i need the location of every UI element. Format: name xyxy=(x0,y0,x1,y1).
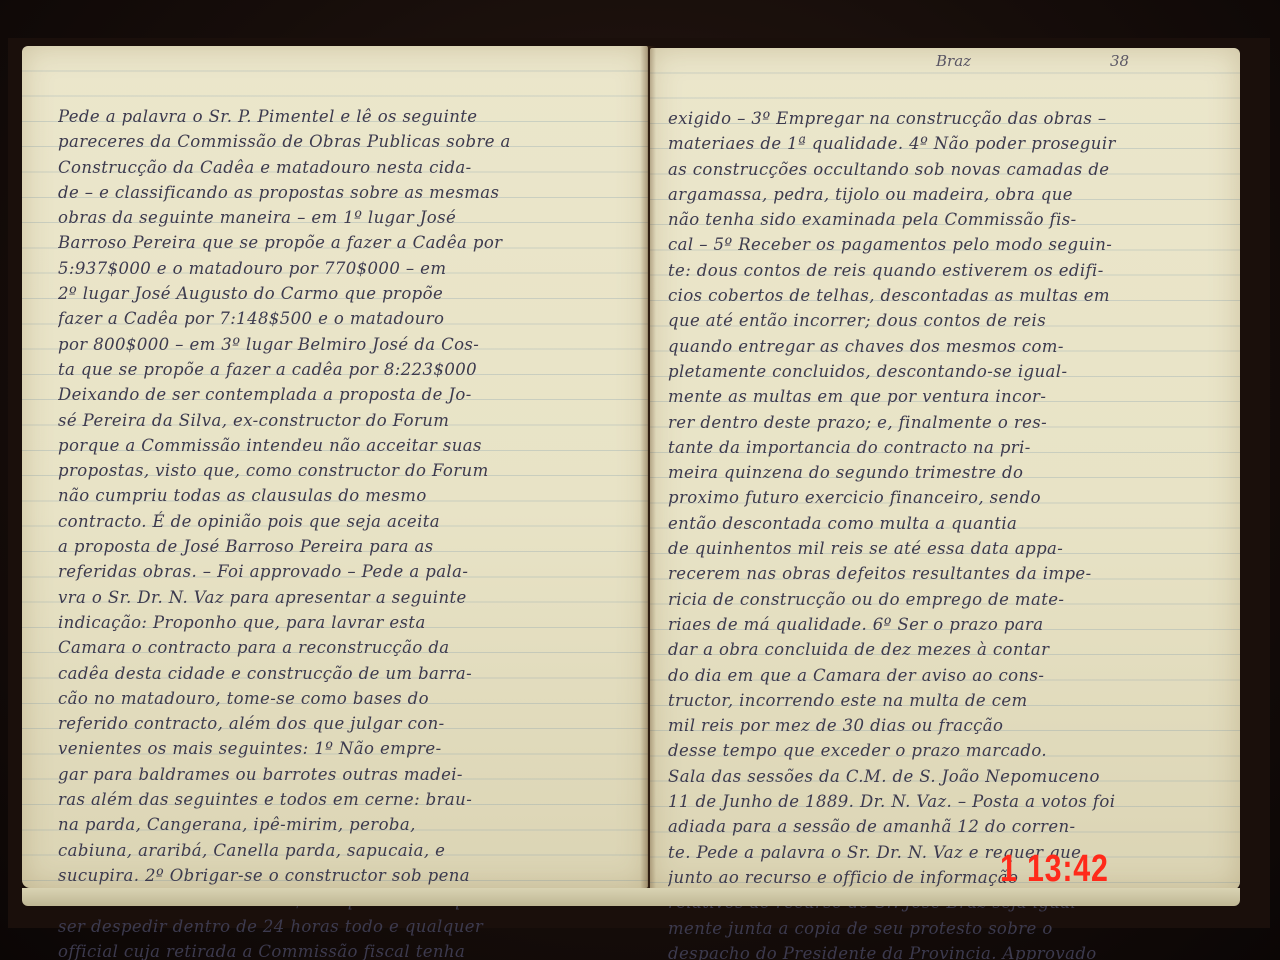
handwritten-line: que até então incorrer; dous contos de r… xyxy=(668,308,1218,333)
handwritten-line: não cumpriu todas as clausulas do mesmo xyxy=(58,483,632,508)
handwritten-line: ras além das seguintes e todos em cerne:… xyxy=(58,787,632,812)
handwritten-line: sucupira. 2º Obrigar-se o constructor so… xyxy=(58,863,632,888)
handwritten-line: pletamente concluidos, descontando-se ig… xyxy=(668,359,1218,384)
right-page-text: exigido – 3º Empregar na construcção das… xyxy=(668,106,1218,960)
handwritten-line: vra o Sr. Dr. N. Vaz para apresentar a s… xyxy=(58,585,632,610)
camera-timestamp: 1 13:42 xyxy=(1000,848,1109,891)
handwritten-line: recerem nas obras defeitos resultantes d… xyxy=(668,561,1218,586)
left-page-text: Pede a palavra o Sr. P. Pimentel e lê os… xyxy=(58,104,632,960)
handwritten-line: Barroso Pereira que se propõe a fazer a … xyxy=(58,230,632,255)
handwritten-line: fazer a Cadêa por 7:148$500 e o matadour… xyxy=(58,306,632,331)
handwritten-line: porque a Commissão intendeu não acceitar… xyxy=(58,433,632,458)
handwritten-line: cabiuna, araribá, Canella parda, sapucai… xyxy=(58,838,632,863)
handwritten-line: mente as multas em que por ventura incor… xyxy=(668,384,1218,409)
handwritten-line: junto ao recurso e officio de informação xyxy=(668,865,1218,890)
handwritten-line: venientes os mais seguintes: 1º Não empr… xyxy=(58,736,632,761)
handwritten-line: Sala das sessões da C.M. de S. João Nepo… xyxy=(668,764,1218,789)
handwritten-line: ta que se propõe a fazer a cadêa por 8:2… xyxy=(58,357,632,382)
handwritten-line: então descontada como multa a quantia xyxy=(668,511,1218,536)
handwritten-line: de – e classificando as propostas sobre … xyxy=(58,180,632,205)
handwritten-line: te. Pede a palavra o Sr. Dr. N. Vaz e re… xyxy=(668,840,1218,865)
handwritten-line: cadêa desta cidade e construcção de um b… xyxy=(58,661,632,686)
handwritten-line: propostas, visto que, como constructor d… xyxy=(58,458,632,483)
right-page: Braz 38 exigido – 3º Empregar na constru… xyxy=(650,48,1240,890)
handwritten-line: na parda, Cangerana, ipê-mirim, peroba, xyxy=(58,812,632,837)
right-page-header-note: Braz xyxy=(936,52,971,70)
handwritten-line: a proposta de José Barroso Pereira para … xyxy=(58,534,632,559)
handwritten-line: contracto. É de opinião pois que seja ac… xyxy=(58,509,632,534)
handwritten-line: gar para baldrames ou barrotes outras ma… xyxy=(58,762,632,787)
handwritten-line: exigido – 3º Empregar na construcção das… xyxy=(668,106,1218,131)
page-number: 38 xyxy=(1110,52,1129,70)
handwritten-line: por 800$000 – em 3º lugar Belmiro José d… xyxy=(58,332,632,357)
handwritten-line: referido contracto, além dos que julgar … xyxy=(58,711,632,736)
handwritten-line: obras da seguinte maneira – em 1º lugar … xyxy=(58,205,632,230)
book-gutter xyxy=(640,46,656,888)
handwritten-line: 5:937$000 e o matadouro por 770$000 – em xyxy=(58,256,632,281)
handwritten-line: as construcções occultando sob novas cam… xyxy=(668,157,1218,182)
handwritten-line: proximo futuro exercicio financeiro, sen… xyxy=(668,485,1218,510)
handwritten-line: materiaes de 1ª qualidade. 4º Não poder … xyxy=(668,131,1218,156)
handwritten-line: dar a obra concluida de dez mezes à cont… xyxy=(668,637,1218,662)
handwritten-line: te: dous contos de reis quando estiverem… xyxy=(668,258,1218,283)
handwritten-line: de quinhentos mil reis se até essa data … xyxy=(668,536,1218,561)
handwritten-line: Deixando de ser contemplada a proposta d… xyxy=(58,382,632,407)
handwritten-line: mil reis por mez de 30 dias ou fracção xyxy=(668,713,1218,738)
handwritten-line: rer dentro deste prazo; e, finalmente o … xyxy=(668,410,1218,435)
handwritten-line: mente junta a copia de seu protesto sobr… xyxy=(668,916,1218,941)
handwritten-line: meira quinzena do segundo trimestre do xyxy=(668,460,1218,485)
handwritten-line: tante da importancia do contracto na pri… xyxy=(668,435,1218,460)
handwritten-line: Pede a palavra o Sr. P. Pimentel e lê os… xyxy=(58,104,632,129)
left-page: Pede a palavra o Sr. P. Pimentel e lê os… xyxy=(22,46,648,888)
handwritten-line: não tenha sido examinada pela Commissão … xyxy=(668,207,1218,232)
handwritten-line: 2º lugar José Augusto do Carmo que propõ… xyxy=(58,281,632,306)
handwritten-line: 11 de Junho de 1889. Dr. N. Vaz. – Posta… xyxy=(668,789,1218,814)
handwritten-line: tructor, incorrendo este na multa de cem xyxy=(668,688,1218,713)
handwritten-line: quando entregar as chaves dos mesmos com… xyxy=(668,334,1218,359)
handwritten-line: pareceres da Commissão de Obras Publicas… xyxy=(58,129,632,154)
handwritten-line: sé Pereira da Silva, ex-constructor do F… xyxy=(58,408,632,433)
handwritten-line: official cuja retirada a Commissão fisca… xyxy=(58,939,632,960)
handwritten-line: Camara o contracto para a reconstrucção … xyxy=(58,635,632,660)
handwritten-line: indicação: Proponho que, para lavrar est… xyxy=(58,610,632,635)
handwritten-line: referidas obras. – Foi approvado – Pede … xyxy=(58,559,632,584)
handwritten-line: do dia em que a Camara der aviso ao cons… xyxy=(668,663,1218,688)
handwritten-line: Construcção da Cadêa e matadouro nesta c… xyxy=(58,155,632,180)
handwritten-line: desse tempo que exceder o prazo marcado. xyxy=(668,738,1218,763)
handwritten-line: cios cobertos de telhas, descontadas as … xyxy=(668,283,1218,308)
handwritten-line: adiada para a sessão de amanhã 12 do cor… xyxy=(668,814,1218,839)
handwritten-line: ricia de construcção ou do emprego de ma… xyxy=(668,587,1218,612)
handwritten-line: cão no matadouro, tome-se como bases do xyxy=(58,686,632,711)
handwritten-line: riaes de má qualidade. 6º Ser o prazo pa… xyxy=(668,612,1218,637)
handwritten-line: argamassa, pedra, tijolo ou madeira, obr… xyxy=(668,182,1218,207)
handwritten-line: despacho do Presidente da Provincia. App… xyxy=(668,941,1218,960)
handwritten-line: cal – 5º Receber os pagamentos pelo modo… xyxy=(668,232,1218,257)
handwritten-line: ser despedir dentro de 24 horas todo e q… xyxy=(58,914,632,939)
